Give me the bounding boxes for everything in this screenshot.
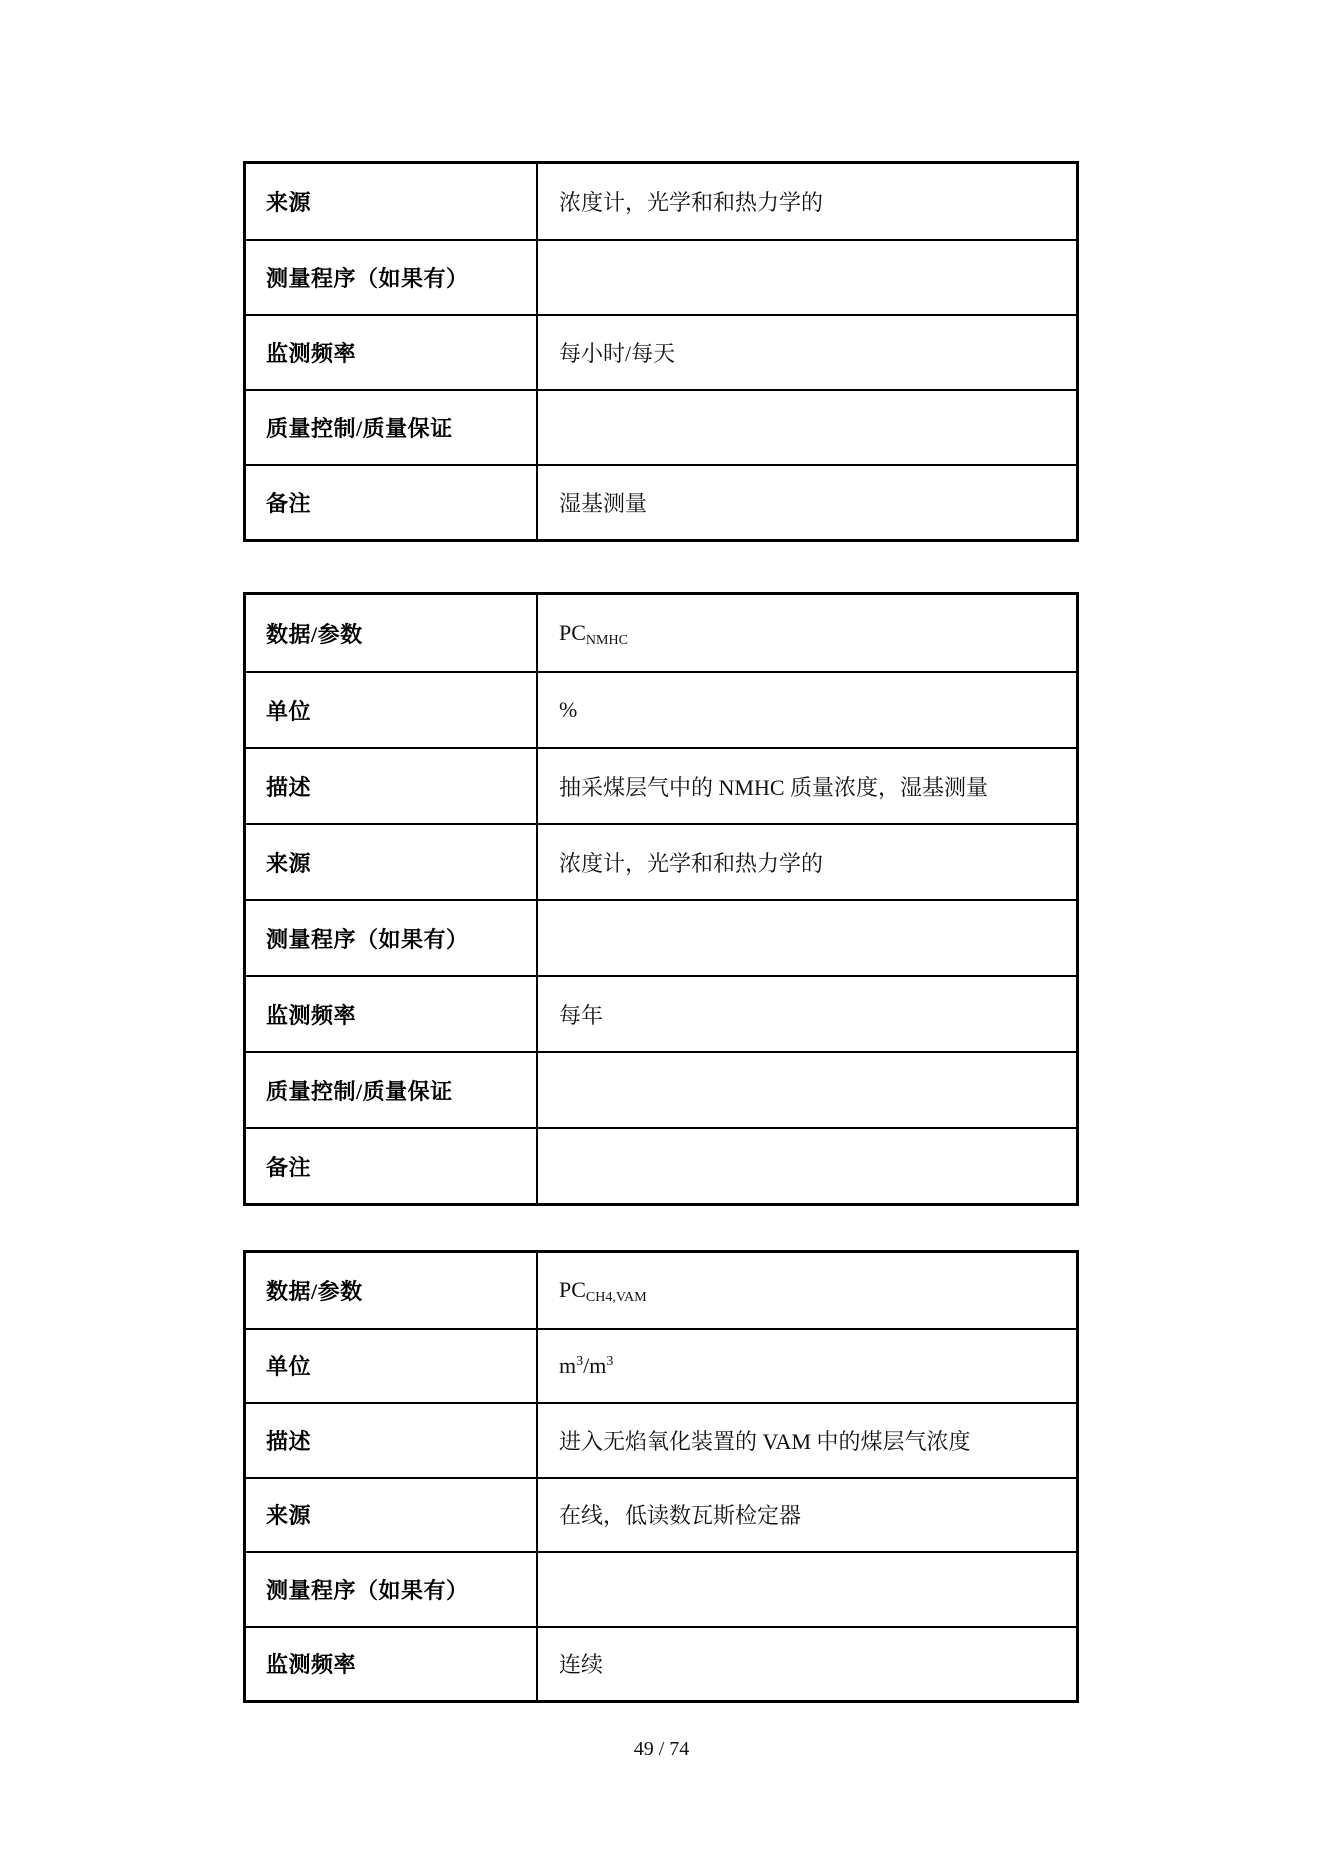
value-text: 浓度计，光学和和热力学的 bbox=[559, 190, 823, 215]
table-row: 来源在线，低读数瓦斯检定器 bbox=[246, 1477, 1076, 1552]
row-value-cell: 湿基测量 bbox=[538, 466, 1076, 539]
row-value: 在线，低读数瓦斯检定器 bbox=[559, 1499, 801, 1530]
row-value-cell: 进入无焰氧化装置的 VAM 中的煤层气浓度 bbox=[538, 1404, 1076, 1477]
value-text: /m bbox=[583, 1353, 606, 1378]
row-value-cell: 抽采煤层气中的 NMHC 质量浓度，湿基测量 bbox=[538, 749, 1076, 823]
row-label-cell: 质量控制/质量保证 bbox=[246, 1053, 538, 1127]
row-value-cell: PCCH4,VAM bbox=[538, 1253, 1076, 1328]
row-value-cell bbox=[538, 241, 1076, 314]
row-value-cell bbox=[538, 1553, 1076, 1626]
row-value: 浓度计，光学和和热力学的 bbox=[559, 847, 823, 878]
row-value-cell bbox=[538, 391, 1076, 464]
row-label-cell: 监测频率 bbox=[246, 977, 538, 1051]
row-label: 测量程序（如果有） bbox=[266, 923, 469, 954]
table-row: 描述进入无焰氧化装置的 VAM 中的煤层气浓度 bbox=[246, 1402, 1076, 1477]
value-text: 抽采煤层气中的 NMHC 质量浓度，湿基测量 bbox=[559, 775, 988, 800]
monitoring-table-2: 数据/参数PCNMHC单位%描述抽采煤层气中的 NMHC 质量浓度，湿基测量来源… bbox=[243, 592, 1079, 1206]
row-label-cell: 测量程序（如果有） bbox=[246, 1553, 538, 1626]
value-sup-text: 3 bbox=[606, 1354, 613, 1369]
row-label-cell: 描述 bbox=[246, 749, 538, 823]
row-label: 来源 bbox=[266, 847, 311, 878]
row-label-cell: 备注 bbox=[246, 466, 538, 539]
row-label-cell: 来源 bbox=[246, 825, 538, 899]
row-label: 备注 bbox=[266, 487, 311, 518]
row-label: 数据/参数 bbox=[266, 1275, 363, 1306]
row-value: 每年 bbox=[559, 999, 603, 1030]
row-value-cell: 浓度计，光学和和热力学的 bbox=[538, 825, 1076, 899]
table-row: 单位m3/m3 bbox=[246, 1328, 1076, 1403]
row-value: 浓度计，光学和和热力学的 bbox=[559, 186, 823, 217]
value-text: 浓度计，光学和和热力学的 bbox=[559, 851, 823, 876]
table-row: 描述抽采煤层气中的 NMHC 质量浓度，湿基测量 bbox=[246, 747, 1076, 823]
row-value: PCNMHC bbox=[559, 620, 628, 646]
page-number: 49 / 74 bbox=[0, 1738, 1323, 1761]
table-row: 单位% bbox=[246, 671, 1076, 747]
row-label: 监测频率 bbox=[266, 999, 356, 1030]
table-row: 测量程序（如果有） bbox=[246, 1551, 1076, 1626]
table-row: 数据/参数PCNMHC bbox=[246, 595, 1076, 671]
row-label: 描述 bbox=[266, 771, 311, 802]
row-value: m3/m3 bbox=[559, 1353, 613, 1379]
row-label-cell: 来源 bbox=[246, 164, 538, 239]
row-label: 来源 bbox=[266, 186, 311, 217]
row-value-cell: PCNMHC bbox=[538, 595, 1076, 671]
value-text: 湿基测量 bbox=[559, 491, 647, 516]
row-value: 进入无焰氧化装置的 VAM 中的煤层气浓度 bbox=[559, 1425, 971, 1456]
monitoring-table-1: 来源浓度计，光学和和热力学的测量程序（如果有）监测频率每小时/每天质量控制/质量… bbox=[243, 161, 1079, 542]
row-value-cell bbox=[538, 1053, 1076, 1127]
row-label-cell: 来源 bbox=[246, 1479, 538, 1552]
value-sub-text: CH4,VAM bbox=[586, 1290, 647, 1305]
row-value-cell: % bbox=[538, 673, 1076, 747]
row-label: 质量控制/质量保证 bbox=[266, 412, 453, 443]
value-text: 每年 bbox=[559, 1003, 603, 1028]
row-label: 来源 bbox=[266, 1499, 311, 1530]
table-row: 测量程序（如果有） bbox=[246, 899, 1076, 975]
row-label-cell: 测量程序（如果有） bbox=[246, 241, 538, 314]
row-label: 监测频率 bbox=[266, 337, 356, 368]
row-value-cell: 每小时/每天 bbox=[538, 316, 1076, 389]
table-row: 测量程序（如果有） bbox=[246, 239, 1076, 314]
row-label-cell: 单位 bbox=[246, 1330, 538, 1403]
table-row: 来源浓度计，光学和和热力学的 bbox=[246, 164, 1076, 239]
value-sup-text: 3 bbox=[576, 1354, 583, 1369]
row-value: 每小时/每天 bbox=[559, 337, 675, 368]
row-value: PCCH4,VAM bbox=[559, 1277, 647, 1303]
row-value-cell: 在线，低读数瓦斯检定器 bbox=[538, 1479, 1076, 1552]
value-text: PC bbox=[559, 620, 586, 645]
table-row: 数据/参数PCCH4,VAM bbox=[246, 1253, 1076, 1328]
row-value: 连续 bbox=[559, 1648, 603, 1679]
row-label: 数据/参数 bbox=[266, 618, 363, 649]
value-sub-text: NMHC bbox=[586, 633, 628, 648]
table-row: 监测频率每小时/每天 bbox=[246, 314, 1076, 389]
row-label-cell: 监测频率 bbox=[246, 316, 538, 389]
table-row: 监测频率每年 bbox=[246, 975, 1076, 1051]
row-label-cell: 质量控制/质量保证 bbox=[246, 391, 538, 464]
monitoring-table-3: 数据/参数PCCH4,VAM单位m3/m3描述进入无焰氧化装置的 VAM 中的煤… bbox=[243, 1250, 1079, 1703]
value-text: % bbox=[559, 697, 577, 722]
row-value-cell: m3/m3 bbox=[538, 1330, 1076, 1403]
row-label-cell: 单位 bbox=[246, 673, 538, 747]
row-label-cell: 监测频率 bbox=[246, 1628, 538, 1701]
row-value: 抽采煤层气中的 NMHC 质量浓度，湿基测量 bbox=[559, 771, 988, 802]
row-label: 单位 bbox=[266, 695, 311, 726]
row-label-cell: 数据/参数 bbox=[246, 1253, 538, 1328]
table-row: 来源浓度计，光学和和热力学的 bbox=[246, 823, 1076, 899]
table-row: 质量控制/质量保证 bbox=[246, 389, 1076, 464]
row-value-cell: 每年 bbox=[538, 977, 1076, 1051]
row-value: 湿基测量 bbox=[559, 487, 647, 518]
value-text: 每小时/每天 bbox=[559, 341, 675, 366]
row-label: 测量程序（如果有） bbox=[266, 1574, 469, 1605]
row-value-cell bbox=[538, 1129, 1076, 1203]
row-label: 监测频率 bbox=[266, 1648, 356, 1679]
table-row: 监测频率连续 bbox=[246, 1626, 1076, 1701]
row-label: 单位 bbox=[266, 1350, 311, 1381]
row-value-cell: 浓度计，光学和和热力学的 bbox=[538, 164, 1076, 239]
document-page: 来源浓度计，光学和和热力学的测量程序（如果有）监测频率每小时/每天质量控制/质量… bbox=[0, 0, 1323, 1871]
row-label-cell: 数据/参数 bbox=[246, 595, 538, 671]
row-value-cell bbox=[538, 901, 1076, 975]
table-row: 备注 bbox=[246, 1127, 1076, 1203]
row-label: 描述 bbox=[266, 1425, 311, 1456]
value-text: PC bbox=[559, 1277, 586, 1302]
row-value-cell: 连续 bbox=[538, 1628, 1076, 1701]
row-label: 质量控制/质量保证 bbox=[266, 1075, 453, 1106]
row-label-cell: 备注 bbox=[246, 1129, 538, 1203]
table-row: 备注湿基测量 bbox=[246, 464, 1076, 539]
value-text: 进入无焰氧化装置的 VAM 中的煤层气浓度 bbox=[559, 1429, 971, 1454]
value-text: m bbox=[559, 1353, 576, 1378]
value-text: 连续 bbox=[559, 1652, 603, 1677]
row-label-cell: 描述 bbox=[246, 1404, 538, 1477]
row-label: 测量程序（如果有） bbox=[266, 262, 469, 293]
row-label: 备注 bbox=[266, 1151, 311, 1182]
row-label-cell: 测量程序（如果有） bbox=[246, 901, 538, 975]
value-text: 在线，低读数瓦斯检定器 bbox=[559, 1503, 801, 1528]
table-row: 质量控制/质量保证 bbox=[246, 1051, 1076, 1127]
row-value: % bbox=[559, 697, 577, 723]
